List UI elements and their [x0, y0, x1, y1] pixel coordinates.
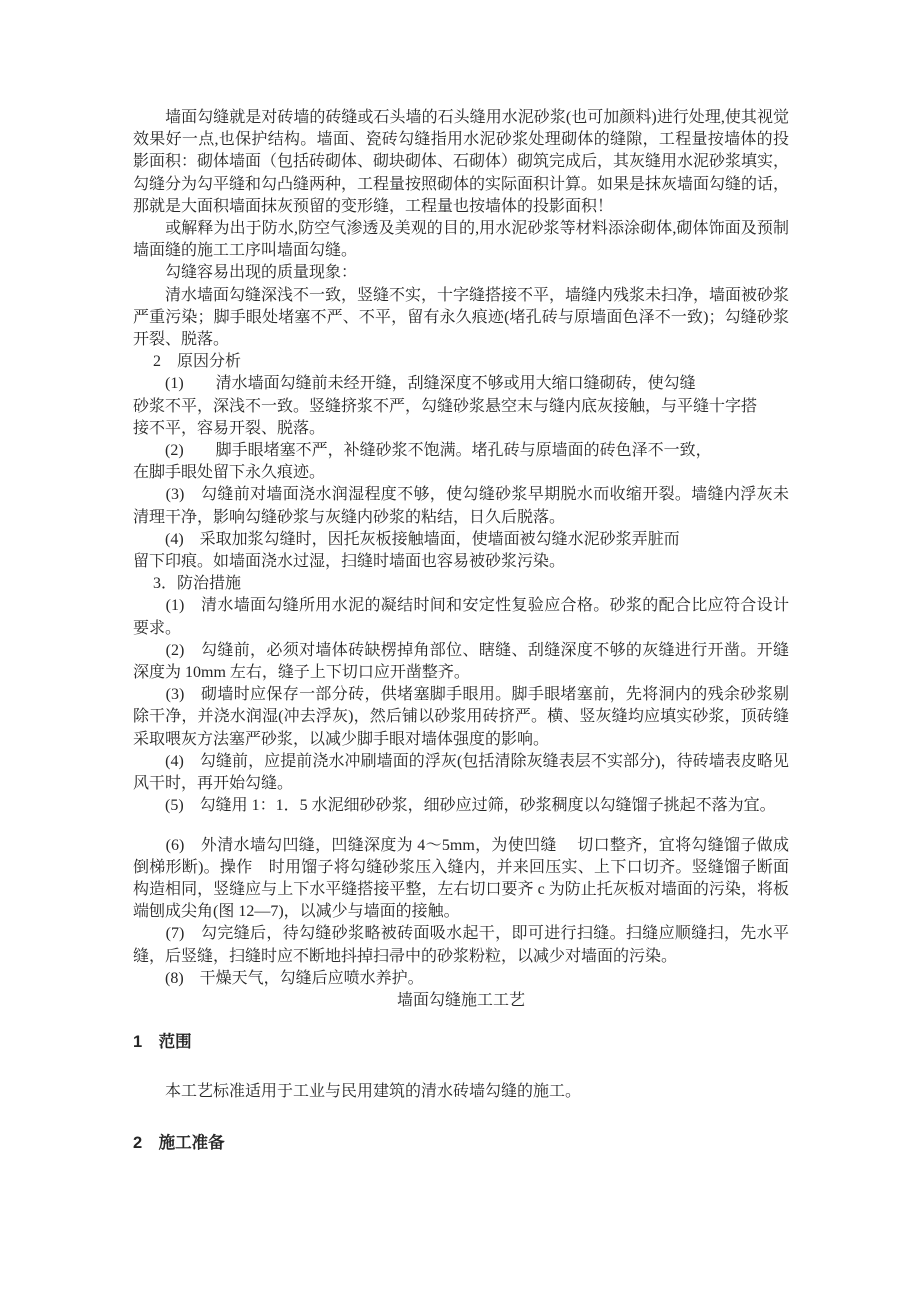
blank-line	[133, 818, 789, 835]
prevention-item-2: (2) 勾缝前，必须对墙体砖缺楞掉角部位、瞎缝、刮缝深度不够的灰缝进行开凿。开缝…	[133, 640, 789, 684]
cause-item-4: (4) 采取加浆勾缝时，因托灰板接触墙面，使墙面被勾缝水泥砂浆弄脏而 留下印痕。…	[133, 529, 789, 573]
prevention-item-8: (8) 干燥天气，勾缝后应喷水养护。	[133, 968, 789, 990]
intro-paragraph-1: 墙面勾缝就是对砖墙的砖缝或石头墙的石头缝用水泥砂浆(也可加颜料)进行处理,使其视…	[133, 107, 789, 218]
scope-paragraph: 本工艺标准适用于工业与民用建筑的清水砖墙勾缝的施工。	[133, 1081, 789, 1103]
prevention-item-3: (3) 砌墙时应保存一部分砖，供堵塞脚手眼用。脚手眼堵塞前，先将洞内的残余砂浆剔…	[133, 684, 789, 751]
preparation-heading: 2 施工准备	[133, 1132, 789, 1154]
cause-item-1: (1) 清水墙面勾缝前未经开缝，刮缝深度不够或用大缩口缝砌砖，使勾缝 砂浆不平，…	[133, 373, 789, 440]
intro-paragraph-4: 清水墙面勾缝深浅不一致，竖缝不实，十字缝搭接不平，墙缝内残浆未扫净，墙面被砂浆严…	[133, 285, 789, 352]
scope-heading: 1 范围	[133, 1031, 789, 1053]
prevention-item-1: (1) 清水墙面勾缝所用水泥的凝结时间和安定性复验应合格。砂浆的配合比应符合设计…	[133, 595, 789, 639]
prevention-item-5: (5) 勾缝用 1：1．5 水泥细砂砂浆，细砂应过筛，砂浆稠度以勾缝馏子挑起不落…	[133, 795, 789, 817]
cause-item-2: (2) 脚手眼堵塞不严，补缝砂浆不饱满。堵孔砖与原墙面的砖色泽不一致， 在脚手眼…	[133, 440, 789, 484]
cause-section-heading: 2 原因分析	[133, 351, 789, 373]
cause-item-3: (3) 勾缝前对墙面浇水润湿程度不够，使勾缝砂浆早期脱水而收缩开裂。墙缝内浮灰未…	[133, 484, 789, 528]
process-doc-title: 墙面勾缝施工工艺	[133, 990, 789, 1012]
document-page: 墙面勾缝就是对砖墙的砖缝或石头墙的石头缝用水泥砂浆(也可加颜料)进行处理,使其视…	[0, 0, 920, 1302]
intro-paragraph-2: 或解释为出于防水,防空气渗透及美观的目的,用水泥砂浆等材料添涂砌体,砌体饰面及预…	[133, 218, 789, 262]
document-body: 墙面勾缝就是对砖墙的砖缝或石头墙的石头缝用水泥砂浆(也可加颜料)进行处理,使其视…	[133, 107, 789, 1154]
prevention-item-7: (7) 勾完缝后，待勾缝砂浆略被砖面吸水起干，即可进行扫缝。扫缝应顺缝扫，先水平…	[133, 923, 789, 967]
prevention-section-heading: 3．防治措施	[133, 573, 789, 595]
prevention-item-4: (4) 勾缝前，应提前浇水冲刷墙面的浮灰(包括清除灰缝表层不实部分)，待砖墙表皮…	[133, 751, 789, 795]
intro-paragraph-3: 勾缝容易出现的质量现象：	[133, 262, 789, 284]
prevention-item-6: (6) 外清水墙勾凹缝，凹缝深度为 4～5mm，为使凹缝 切口整齐，宜将勾缝馏子…	[133, 835, 789, 924]
